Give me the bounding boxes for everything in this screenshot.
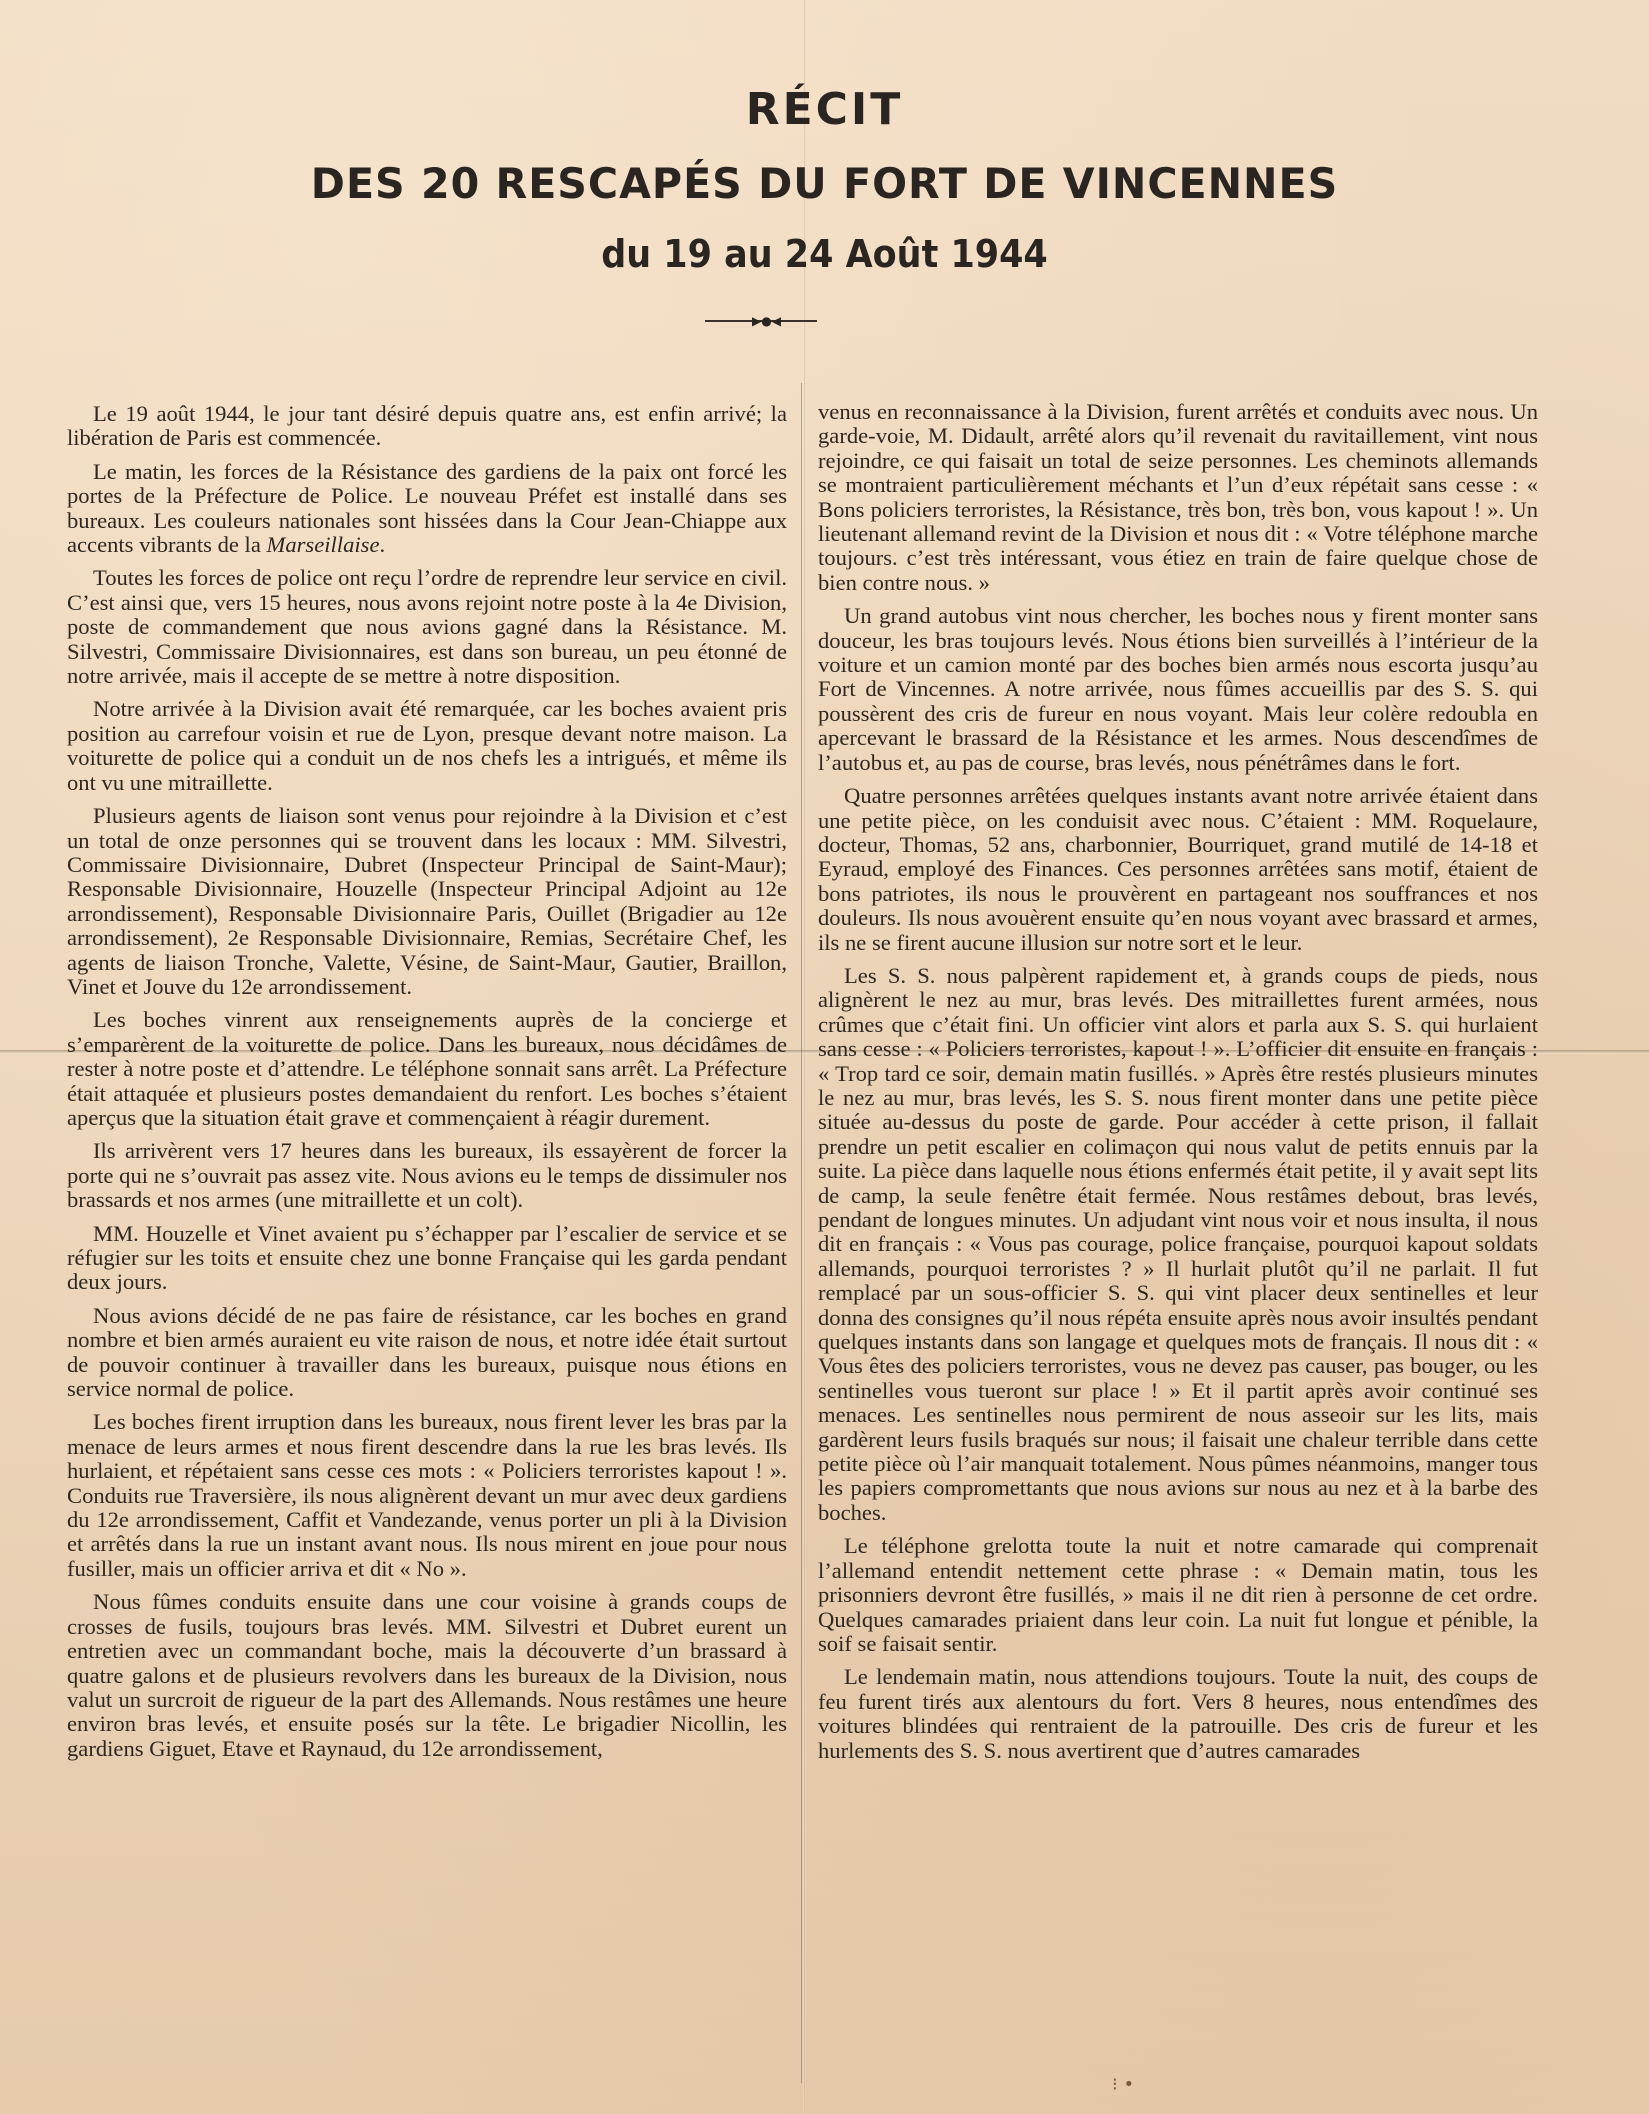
paragraph: Les S. S. nous palpèrent rapidement et, … xyxy=(818,964,1538,1525)
paragraph: Nous avions décidé de ne pas faire de ré… xyxy=(67,1304,787,1402)
paragraph: Toutes les forces de police ont reçu l’o… xyxy=(67,566,787,688)
right-column: venus en reconnaissance à la Division, f… xyxy=(818,400,1538,1772)
footer-ornament-icon: ⁝ • xyxy=(1112,2080,1134,2090)
date-range: du 19 au 24 Août 1944 xyxy=(66,226,1583,282)
paragraph: Notre arrivée à la Division avait été re… xyxy=(67,697,787,795)
paragraph: Ils arrivèrent vers 17 heures dans les b… xyxy=(67,1139,787,1212)
bow-tie-icon: ▶●◀ xyxy=(752,316,781,326)
paragraph: Le 19 août 1944, le jour tant désiré dep… xyxy=(67,402,787,451)
paragraph: Quatre personnes arrêtées quelques insta… xyxy=(818,784,1538,955)
paragraph: MM. Houzelle et Vinet avaient pu s’échap… xyxy=(67,1222,787,1295)
bow-tie-rule-ornament-icon: ▶●◀ xyxy=(705,316,817,326)
page-subtitle: DES 20 RESCAPÉS DU FORT DE VINCENNES xyxy=(16,154,1632,214)
punctuation: . xyxy=(379,532,385,557)
paragraph: Les boches vinrent aux renseignements au… xyxy=(67,1008,787,1130)
paragraph: Les boches firent irruption dans les bur… xyxy=(67,1410,787,1581)
paragraph: Un grand autobus vint nous chercher, les… xyxy=(818,604,1538,775)
paragraph: Le téléphone grelotta toute la nuit et n… xyxy=(818,1534,1538,1656)
left-column: Le 19 août 1944, le jour tant désiré dep… xyxy=(67,402,787,1770)
paragraph: Plusieurs agents de liaison sont venus p… xyxy=(67,804,787,999)
paragraph: Nous fûmes conduits ensuite dans une cou… xyxy=(67,1590,787,1761)
document-header: RÉCIT DES 20 RESCAPÉS DU FORT DE VINCENN… xyxy=(0,80,1649,282)
paragraph-text: Le matin, les forces de la Résistance de… xyxy=(67,459,787,557)
paragraph: Le matin, les forces de la Résistance de… xyxy=(67,460,787,558)
paragraph: Le lendemain matin, nous attendions touj… xyxy=(818,1665,1538,1763)
italic-title: Marseillaise xyxy=(267,532,380,557)
paragraph-continued: venus en reconnaissance à la Division, f… xyxy=(818,400,1538,595)
column-divider xyxy=(801,383,802,2083)
page-title: RÉCIT xyxy=(0,80,1649,140)
